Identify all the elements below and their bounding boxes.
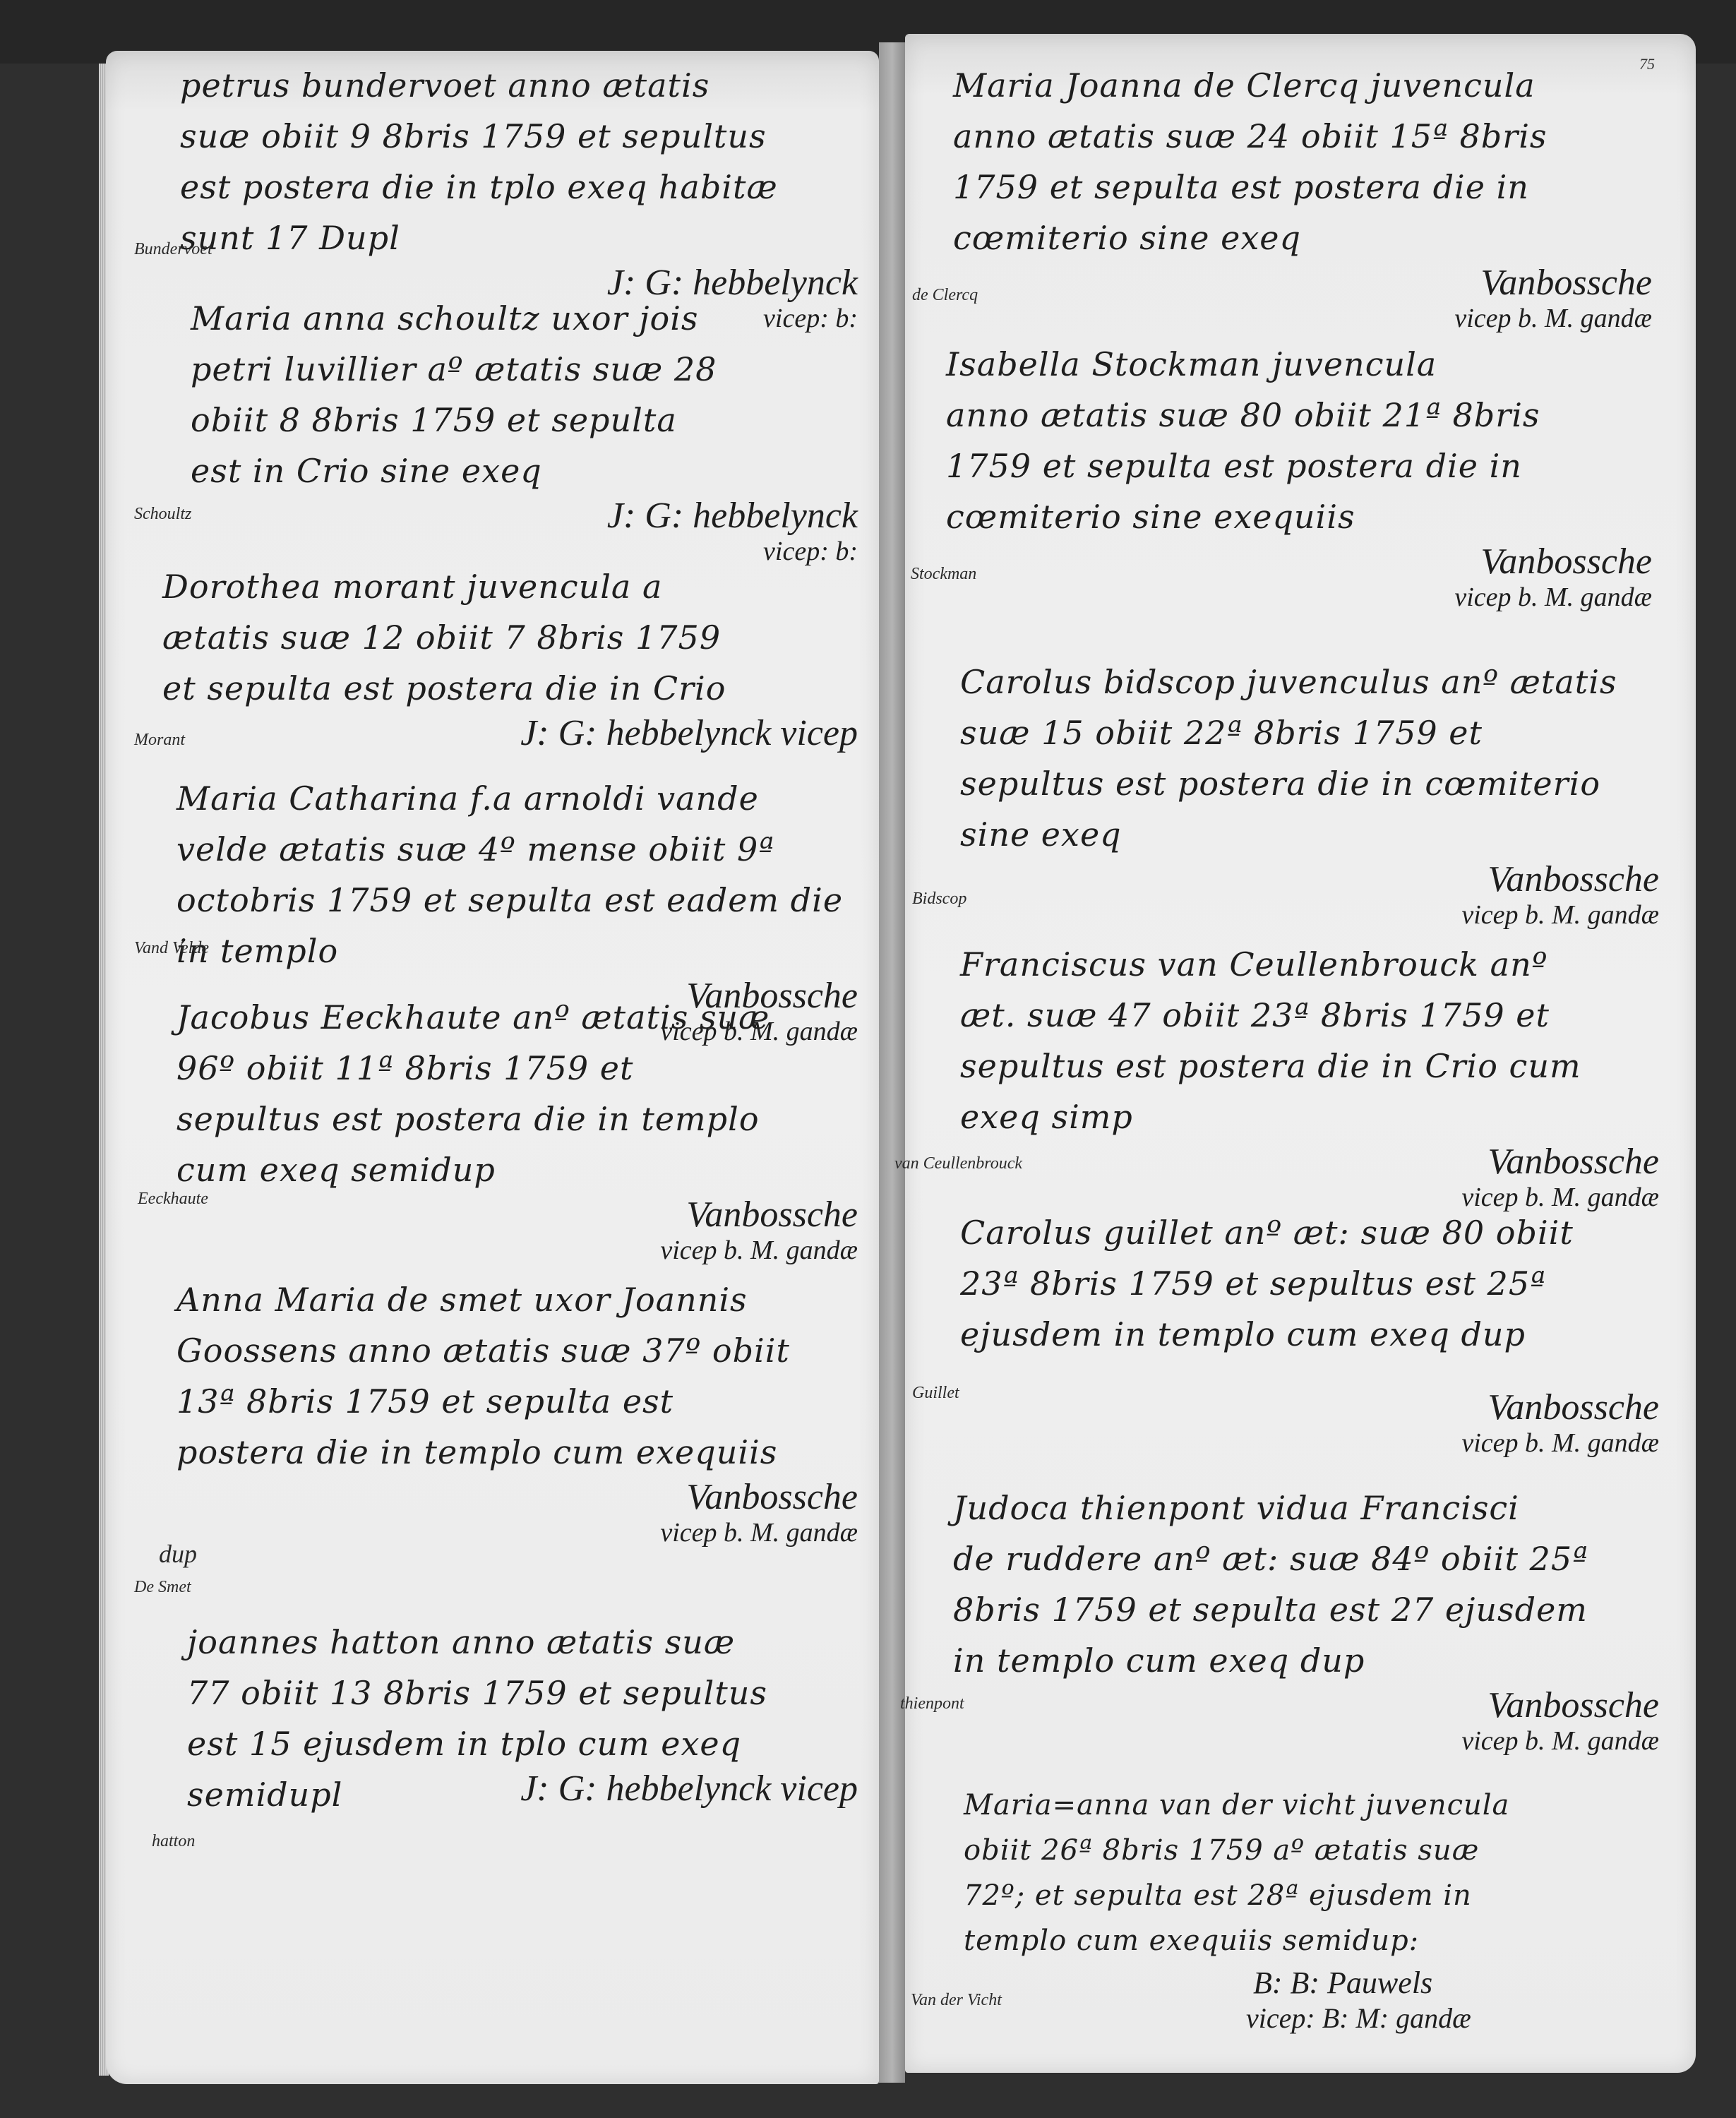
entry-line: æt. suæ 47 obiit 23ª 8bris 1759 et [960,990,1659,1041]
entry-line: cœmiterio sine exeq [953,213,1652,263]
signature: Vanbossche [960,1388,1659,1428]
entry-line: 1759 et sepulta est postera die in [946,441,1652,491]
burial-entry: Maria=anna van der vicht juvencula obiit… [964,1783,1656,2034]
signature: Vanbossche [953,263,1652,303]
entry-line: ejusdem in templo cum exeq dup [960,1309,1659,1360]
entry-line: Carolus guillet anº æt: suæ 80 obiit [960,1207,1659,1258]
entry-line: postera die in templo cum exequiis [176,1427,858,1478]
entry-line: sepultus est postera die in Crio cum [960,1041,1659,1091]
entry-line: 8bris 1759 et sepulta est 27 ejusdem [953,1584,1659,1635]
book-gutter [879,42,905,2083]
entry-line: et sepulta est postera die in Crio [162,663,858,714]
entry-line: Jacobus Eeckhaute anº ætatis suæ [176,992,858,1043]
entry-line: in templo cum exeq dup [953,1635,1659,1686]
signature: Vanbossche [946,542,1652,582]
entry-line: Isabella Stockman juvencula [946,339,1652,390]
entry-line: octobris 1759 et sepulta est eadem die [176,875,858,926]
entry-line: 72º; et sepulta est 28ª ejusdem in [964,1873,1656,1918]
entry-line: suæ 15 obiit 22ª 8bris 1759 et [960,707,1659,758]
signature: Vanbossche [953,1686,1659,1725]
entry-line: Dorothea morant juvencula a [162,561,858,612]
signature: J: G: hebbelynck vicep [162,714,858,753]
entry-line: est 15 ejusdem in tplo cum exeq [187,1718,858,1769]
burial-entry: Maria anna schoultz uxor jois petri luvi… [191,293,858,567]
entry-line: sepultus est postera die in templo [176,1094,858,1144]
burial-entry: Isabella Stockman juvencula anno ætatis … [946,339,1652,613]
burial-entry: Judoca thienpont vidua Francisci de rudd… [953,1483,1659,1757]
entry-line: Carolus bidscop juvenculus anº ætatis [960,657,1659,707]
entry-line: Maria=anna van der vicht juvencula [964,1783,1656,1828]
margin-surname: Eeckhaute [138,1190,208,1209]
margin-surname: van Ceullenbrouck [894,1154,1022,1173]
entry-line: exeq simp [960,1091,1659,1142]
burial-entry: Jacobus Eeckhaute anº ætatis suæ 96º obi… [176,992,858,1266]
burial-entry: Maria Joanna de Clercq juvencula anno æt… [953,60,1652,334]
entry-line: de ruddere anº æt: suæ 84º obiit 25ª [953,1533,1659,1584]
entry-line: est in Crio sine exeq [191,445,858,496]
margin-surname: thienpont [900,1694,964,1713]
entry-line: templo cum exequiis semidup: [964,1918,1656,1963]
entry-line: obiit 8 8bris 1759 et sepulta [191,395,858,445]
signature-title: vicep b. M. gandæ [176,1517,858,1548]
entry-line: Judoca thienpont vidua Francisci [953,1483,1659,1533]
entry-line: ætatis suæ 12 obiit 7 8bris 1759 [162,612,858,663]
entry-line: 23ª 8bris 1759 et sepultus est 25ª [960,1258,1659,1309]
margin-surname: Bundervoet [134,240,212,259]
margin-surname: Van der Vicht [911,1991,1002,2010]
entry-line: 13ª 8bris 1759 et sepulta est [176,1376,858,1427]
burial-entry: Dorothea morant juvencula a ætatis suæ 1… [162,561,858,753]
margin-surname: Vand Velde [134,939,209,958]
entry-line: petrus bundervoet anno ætatis [180,60,858,111]
entry-line: Maria Joanna de Clercq juvencula [953,60,1652,111]
entry-line: sunt 17 Dupl [180,213,858,263]
signature: B: B: Pauwels [964,1963,1656,2003]
burial-entry: Franciscus van Ceullenbrouck anº æt. suæ… [960,939,1659,1213]
burial-entry: Carolus guillet anº æt: suæ 80 obiit 23ª… [960,1207,1659,1459]
entry-line: sine exeq [960,809,1659,860]
signature: Vanbossche [960,860,1659,899]
signature-title: vicep b. M. gandæ [176,1235,858,1266]
margin-note: dup [159,1539,197,1569]
entry-line: Maria Catharina f.a arnoldi vande [176,773,858,824]
margin-surname: Morant [134,731,185,750]
signature-title: vicep b. M. gandæ [960,1428,1659,1459]
entry-line: Anna Maria de smet uxor Joannis [176,1274,858,1325]
signature-title: vicep b. M. gandæ [960,899,1659,931]
margin-surname: Stockman [911,565,976,584]
entry-line: joannes hatton anno ætatis suæ [187,1617,858,1668]
entry-line: est postera die in tplo exeq habitæ [180,162,858,213]
entry-line: cœmiterio sine exequiis [946,491,1652,542]
entry-line: Franciscus van Ceullenbrouck anº [960,939,1659,990]
entry-line: anno ætatis suæ 24 obiit 15ª 8bris [953,111,1652,162]
signature: Vanbossche [176,1478,858,1517]
signature: Vanbossche [960,1142,1659,1182]
margin-surname: de Clercq [912,286,978,305]
margin-surname: Schoultz [134,505,191,524]
entry-line: anno ætatis suæ 80 obiit 21ª 8bris [946,390,1652,441]
margin-surname: Bidscop [912,890,966,909]
entry-line: Goossens anno ætatis suæ 37º obiit [176,1325,858,1376]
signature-title: vicep b. M. gandæ [953,1725,1659,1757]
signature-title: vicep: B: M: gandæ [964,2003,1656,2034]
entry-line: sepultus est postera die in cœmiterio [960,758,1659,809]
margin-surname: Guillet [912,1384,959,1403]
entry-line: petri luvillier aº ætatis suæ 28 [191,344,858,395]
entry-line: velde ætatis suæ 4º mense obiit 9ª [176,824,858,875]
entry-line: in templo [176,926,858,976]
margin-surname: hatton [152,1832,195,1851]
entry-line: suæ obiit 9 8bris 1759 et sepultus [180,111,858,162]
signature: J: G: hebbelynck [191,496,858,536]
signature-title: vicep b. M. gandæ [953,303,1652,334]
signature-title: vicep b. M. gandæ [946,582,1652,613]
entry-line: cum exeq semidup [176,1144,858,1195]
entry-line: 77 obiit 13 8bris 1759 et sepultus [187,1668,858,1718]
entry-line: obiit 26ª 8bris 1759 aº ætatis suæ [964,1828,1656,1873]
entry-line: Maria anna schoultz uxor jois [191,293,858,344]
entry-line: 1759 et sepulta est postera die in [953,162,1652,213]
signature: Vanbossche [176,1195,858,1235]
entry-line: 96º obiit 11ª 8bris 1759 et [176,1043,858,1094]
margin-surname: De Smet [134,1578,191,1597]
burial-entry: Anna Maria de smet uxor Joannis Goossens… [176,1274,858,1548]
burial-entry: joannes hatton anno ætatis suæ 77 obiit … [187,1617,858,1809]
burial-entry: Carolus bidscop juvenculus anº ætatis su… [960,657,1659,931]
